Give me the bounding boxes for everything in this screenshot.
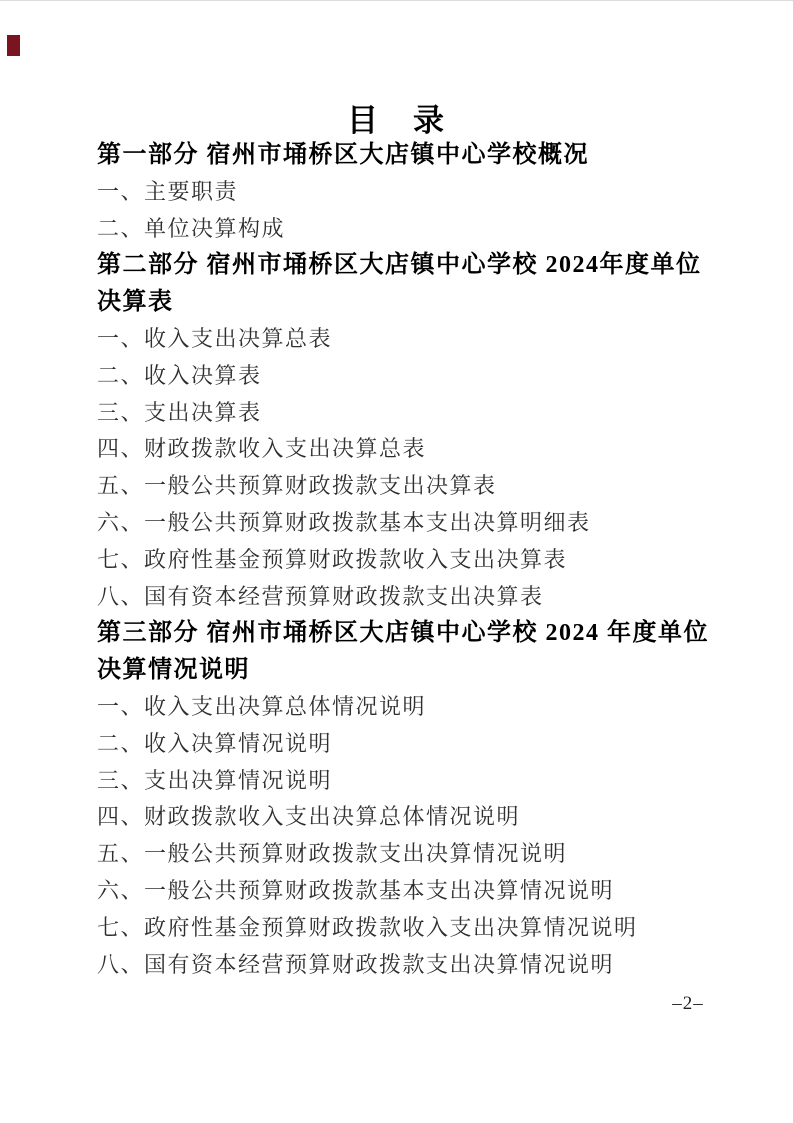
toc-line: 四、财政拨款收入支出决算总体情况说明: [97, 799, 737, 836]
toc-line: 七、政府性基金预算财政拨款收入支出决算情况说明: [97, 910, 737, 947]
toc-line: 三、支出决算情况说明: [97, 763, 737, 800]
toc-line: 第三部分 宿州市埇桥区大店镇中心学校 2024 年度单位: [97, 615, 737, 652]
toc-line: 一、主要职责: [97, 174, 737, 211]
toc-line: 决算情况说明: [97, 652, 737, 689]
toc-line: 三、支出决算表: [97, 395, 737, 432]
toc-line: 决算表: [97, 284, 737, 321]
toc-line: 一、收入支出决算总表: [97, 321, 737, 358]
toc-line: 八、国有资本经营预算财政拨款支出决算情况说明: [97, 947, 737, 984]
document-page: 目 录 第一部分 宿州市埇桥区大店镇中心学校概况一、主要职责二、单位决算构成第二…: [0, 0, 793, 1123]
toc-line: 一、收入支出决算总体情况说明: [97, 689, 737, 726]
toc-line: 六、一般公共预算财政拨款基本支出决算情况说明: [97, 873, 737, 910]
page-number: –2–: [660, 993, 716, 1015]
toc-line: 二、收入决算表: [97, 358, 737, 395]
toc-line: 五、一般公共预算财政拨款支出决算情况说明: [97, 836, 737, 873]
page-title: 目 录: [0, 95, 793, 140]
red-corner-mark: [7, 35, 20, 56]
toc-line: 二、收入决算情况说明: [97, 726, 737, 763]
toc-line: 第二部分 宿州市埇桥区大店镇中心学校 2024年度单位: [97, 247, 737, 284]
toc-line: 第一部分 宿州市埇桥区大店镇中心学校概况: [97, 137, 737, 174]
toc-line: 二、单位决算构成: [97, 211, 737, 248]
toc-line: 八、国有资本经营预算财政拨款支出决算表: [97, 579, 737, 616]
toc-line: 四、财政拨款收入支出决算总表: [97, 431, 737, 468]
toc-line: 五、一般公共预算财政拨款支出决算表: [97, 468, 737, 505]
toc-line: 七、政府性基金预算财政拨款收入支出决算表: [97, 542, 737, 579]
toc-line: 六、一般公共预算财政拨款基本支出决算明细表: [97, 505, 737, 542]
toc: 第一部分 宿州市埇桥区大店镇中心学校概况一、主要职责二、单位决算构成第二部分 宿…: [97, 137, 737, 983]
